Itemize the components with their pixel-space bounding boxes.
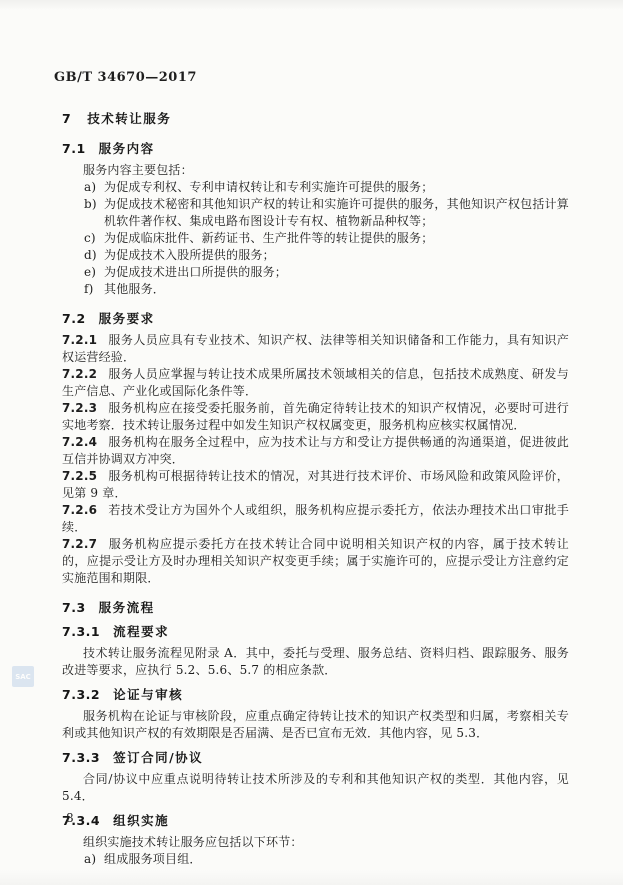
list-item-text: 为促成专利权、专利申请权转让和专利实施许可提供的服务； (104, 179, 569, 196)
clause-text: 服务机构可根据待转让技术的情况，对其进行技术评价、市场风险和政策风险评价，见第 … (62, 469, 569, 500)
list-item-text: 为促成临床批件、新药证书、生产批件等的转让提供的服务； (104, 230, 569, 247)
list-item: e)为促成技术进出口所提供的服务； (62, 264, 569, 281)
section-heading: 7.3.3签订合同/协议 (62, 749, 569, 766)
clause-paragraph: 7.2.7服务机构应提示委托方在技术转让合同中说明相关知识产权的内容，属于技术转… (62, 536, 569, 587)
section-title: 组织实施 (113, 813, 169, 828)
list-item-label: e) (84, 264, 104, 281)
list-item-label: a) (84, 179, 104, 196)
list-item-text: 组成服务项目组． (104, 851, 569, 868)
section-title: 服务内容 (99, 141, 155, 156)
clause-paragraph: 7.2.5服务机构可根据待转让技术的情况，对其进行技术评价、市场风险和政策风险评… (62, 468, 569, 502)
document-content: 7技术转让服务7.1服务内容服务内容主要包括：a)为促成专利权、专利申请权转让和… (0, 0, 623, 868)
section-heading: 7.3.4组织实施 (62, 812, 569, 829)
section-heading: 7.3.2论证与审核 (62, 686, 569, 703)
clause-number: 7.2.3 (62, 401, 97, 415)
clause-text: 服务机构在服务全过程中，应为技术让与方和受让方提供畅通的沟通渠道，促进彼此互信并… (62, 435, 569, 466)
section-number: 7.3 (62, 600, 86, 615)
clause-number: 7.2.7 (62, 537, 97, 551)
section-title: 签订合同/协议 (113, 750, 203, 765)
list-item-text: 为促成技术进出口所提供的服务； (104, 264, 569, 281)
clause-text: 服务人员应掌握与转让技术成果所属技术领域相关的信息，包括技术成熟度、研发与生产信… (62, 367, 569, 398)
list-item: b)为促成技术秘密和其他知识产权的转让和实施许可提供的服务，其他知识产权包括计算… (62, 196, 569, 230)
clause-text: 服务机构应在接受委托服务前，首先确定待转让技术的知识产权情况，必要时可进行实地考… (62, 401, 569, 432)
section-number: 7.1 (62, 141, 86, 156)
list-item-text: 为促成技术入股所提供的服务； (104, 247, 569, 264)
section-number: 7.3.2 (62, 687, 100, 702)
clause-number: 7.2.2 (62, 367, 97, 381)
section-title: 流程要求 (113, 624, 169, 639)
clause-paragraph: 7.2.4服务机构在服务全过程中，应为技术让与方和受让方提供畅通的沟通渠道，促进… (62, 434, 569, 468)
list-item-label: d) (84, 247, 104, 264)
clause-text: 服务人员应具有专业技术、知识产权、法律等相关知识储备和工作能力，具有知识产权运营… (62, 333, 569, 364)
clause-text: 服务机构应提示委托方在技术转让合同中说明相关知识产权的内容，属于技术转让的，应提… (62, 537, 569, 585)
clause-number: 7.2.6 (62, 503, 97, 517)
section-title: 服务流程 (99, 600, 155, 615)
page-number: 8 (66, 811, 74, 825)
section-number: 7 (62, 111, 71, 126)
list-item: c)为促成临床批件、新药证书、生产批件等的转让提供的服务； (62, 230, 569, 247)
section-title: 服务要求 (99, 311, 155, 326)
document-page: GB/T 34670—2017 SAC 7技术转让服务7.1服务内容服务内容主要… (0, 0, 623, 885)
list-item: a)组成服务项目组． (62, 851, 569, 868)
list-item: f)其他服务． (62, 281, 569, 298)
body-paragraph: 组织实施技术转让服务应包括以下环节： (62, 834, 569, 851)
section-number: 7.3.3 (62, 750, 100, 765)
body-paragraph: 服务机构在论证与审核阶段，应重点确定待转让技术的知识产权类型和归属，考察相关专利… (62, 708, 569, 742)
list-item-label: c) (84, 230, 104, 247)
section-number: 7.2 (62, 311, 86, 326)
list-item: a)为促成专利权、专利申请权转让和专利实施许可提供的服务； (62, 179, 569, 196)
clause-number: 7.2.1 (62, 333, 97, 347)
section-number: 7.3.1 (62, 624, 100, 639)
list-item-label: a) (84, 851, 104, 868)
body-paragraph: 服务内容主要包括： (62, 162, 569, 179)
section-heading: 7技术转让服务 (62, 110, 569, 127)
clause-number: 7.2.5 (62, 469, 97, 483)
clause-number: 7.2.4 (62, 435, 97, 449)
clause-paragraph: 7.2.2服务人员应掌握与转让技术成果所属技术领域相关的信息，包括技术成熟度、研… (62, 366, 569, 400)
section-heading: 7.2服务要求 (62, 310, 569, 327)
list-item-text: 其他服务． (104, 281, 569, 298)
clause-text: 若技术受让方为国外个人或组织，服务机构应提示委托方，依法办理技术出口审批手续． (62, 503, 569, 534)
clause-paragraph: 7.2.6若技术受让方为国外个人或组织，服务机构应提示委托方，依法办理技术出口审… (62, 502, 569, 536)
section-heading: 7.1服务内容 (62, 140, 569, 157)
lettered-list: a)组成服务项目组． (62, 851, 569, 868)
clause-paragraph: 7.2.3服务机构应在接受委托服务前，首先确定待转让技术的知识产权情况，必要时可… (62, 400, 569, 434)
list-item: d)为促成技术入股所提供的服务； (62, 247, 569, 264)
clause-paragraph: 7.2.1服务人员应具有专业技术、知识产权、法律等相关知识储备和工作能力，具有知… (62, 332, 569, 366)
lettered-list: a)为促成专利权、专利申请权转让和专利实施许可提供的服务；b)为促成技术秘密和其… (62, 179, 569, 298)
list-item-label: b) (84, 196, 104, 230)
list-item-text: 为促成技术秘密和其他知识产权的转让和实施许可提供的服务，其他知识产权包括计算机软… (104, 196, 569, 230)
section-title: 技术转让服务 (87, 111, 171, 126)
section-heading: 7.3服务流程 (62, 599, 569, 616)
section-title: 论证与审核 (113, 687, 183, 702)
body-paragraph: 技术转让服务流程见附录 A．其中，委托与受理、服务总结、资料归档、跟踪服务、服务… (62, 645, 569, 679)
list-item-label: f) (84, 281, 104, 298)
body-paragraph: 合同/协议中应重点说明待转让技术所涉及的专利和其他知识产权的类型．其他内容，见 … (62, 771, 569, 805)
section-heading: 7.3.1流程要求 (62, 623, 569, 640)
